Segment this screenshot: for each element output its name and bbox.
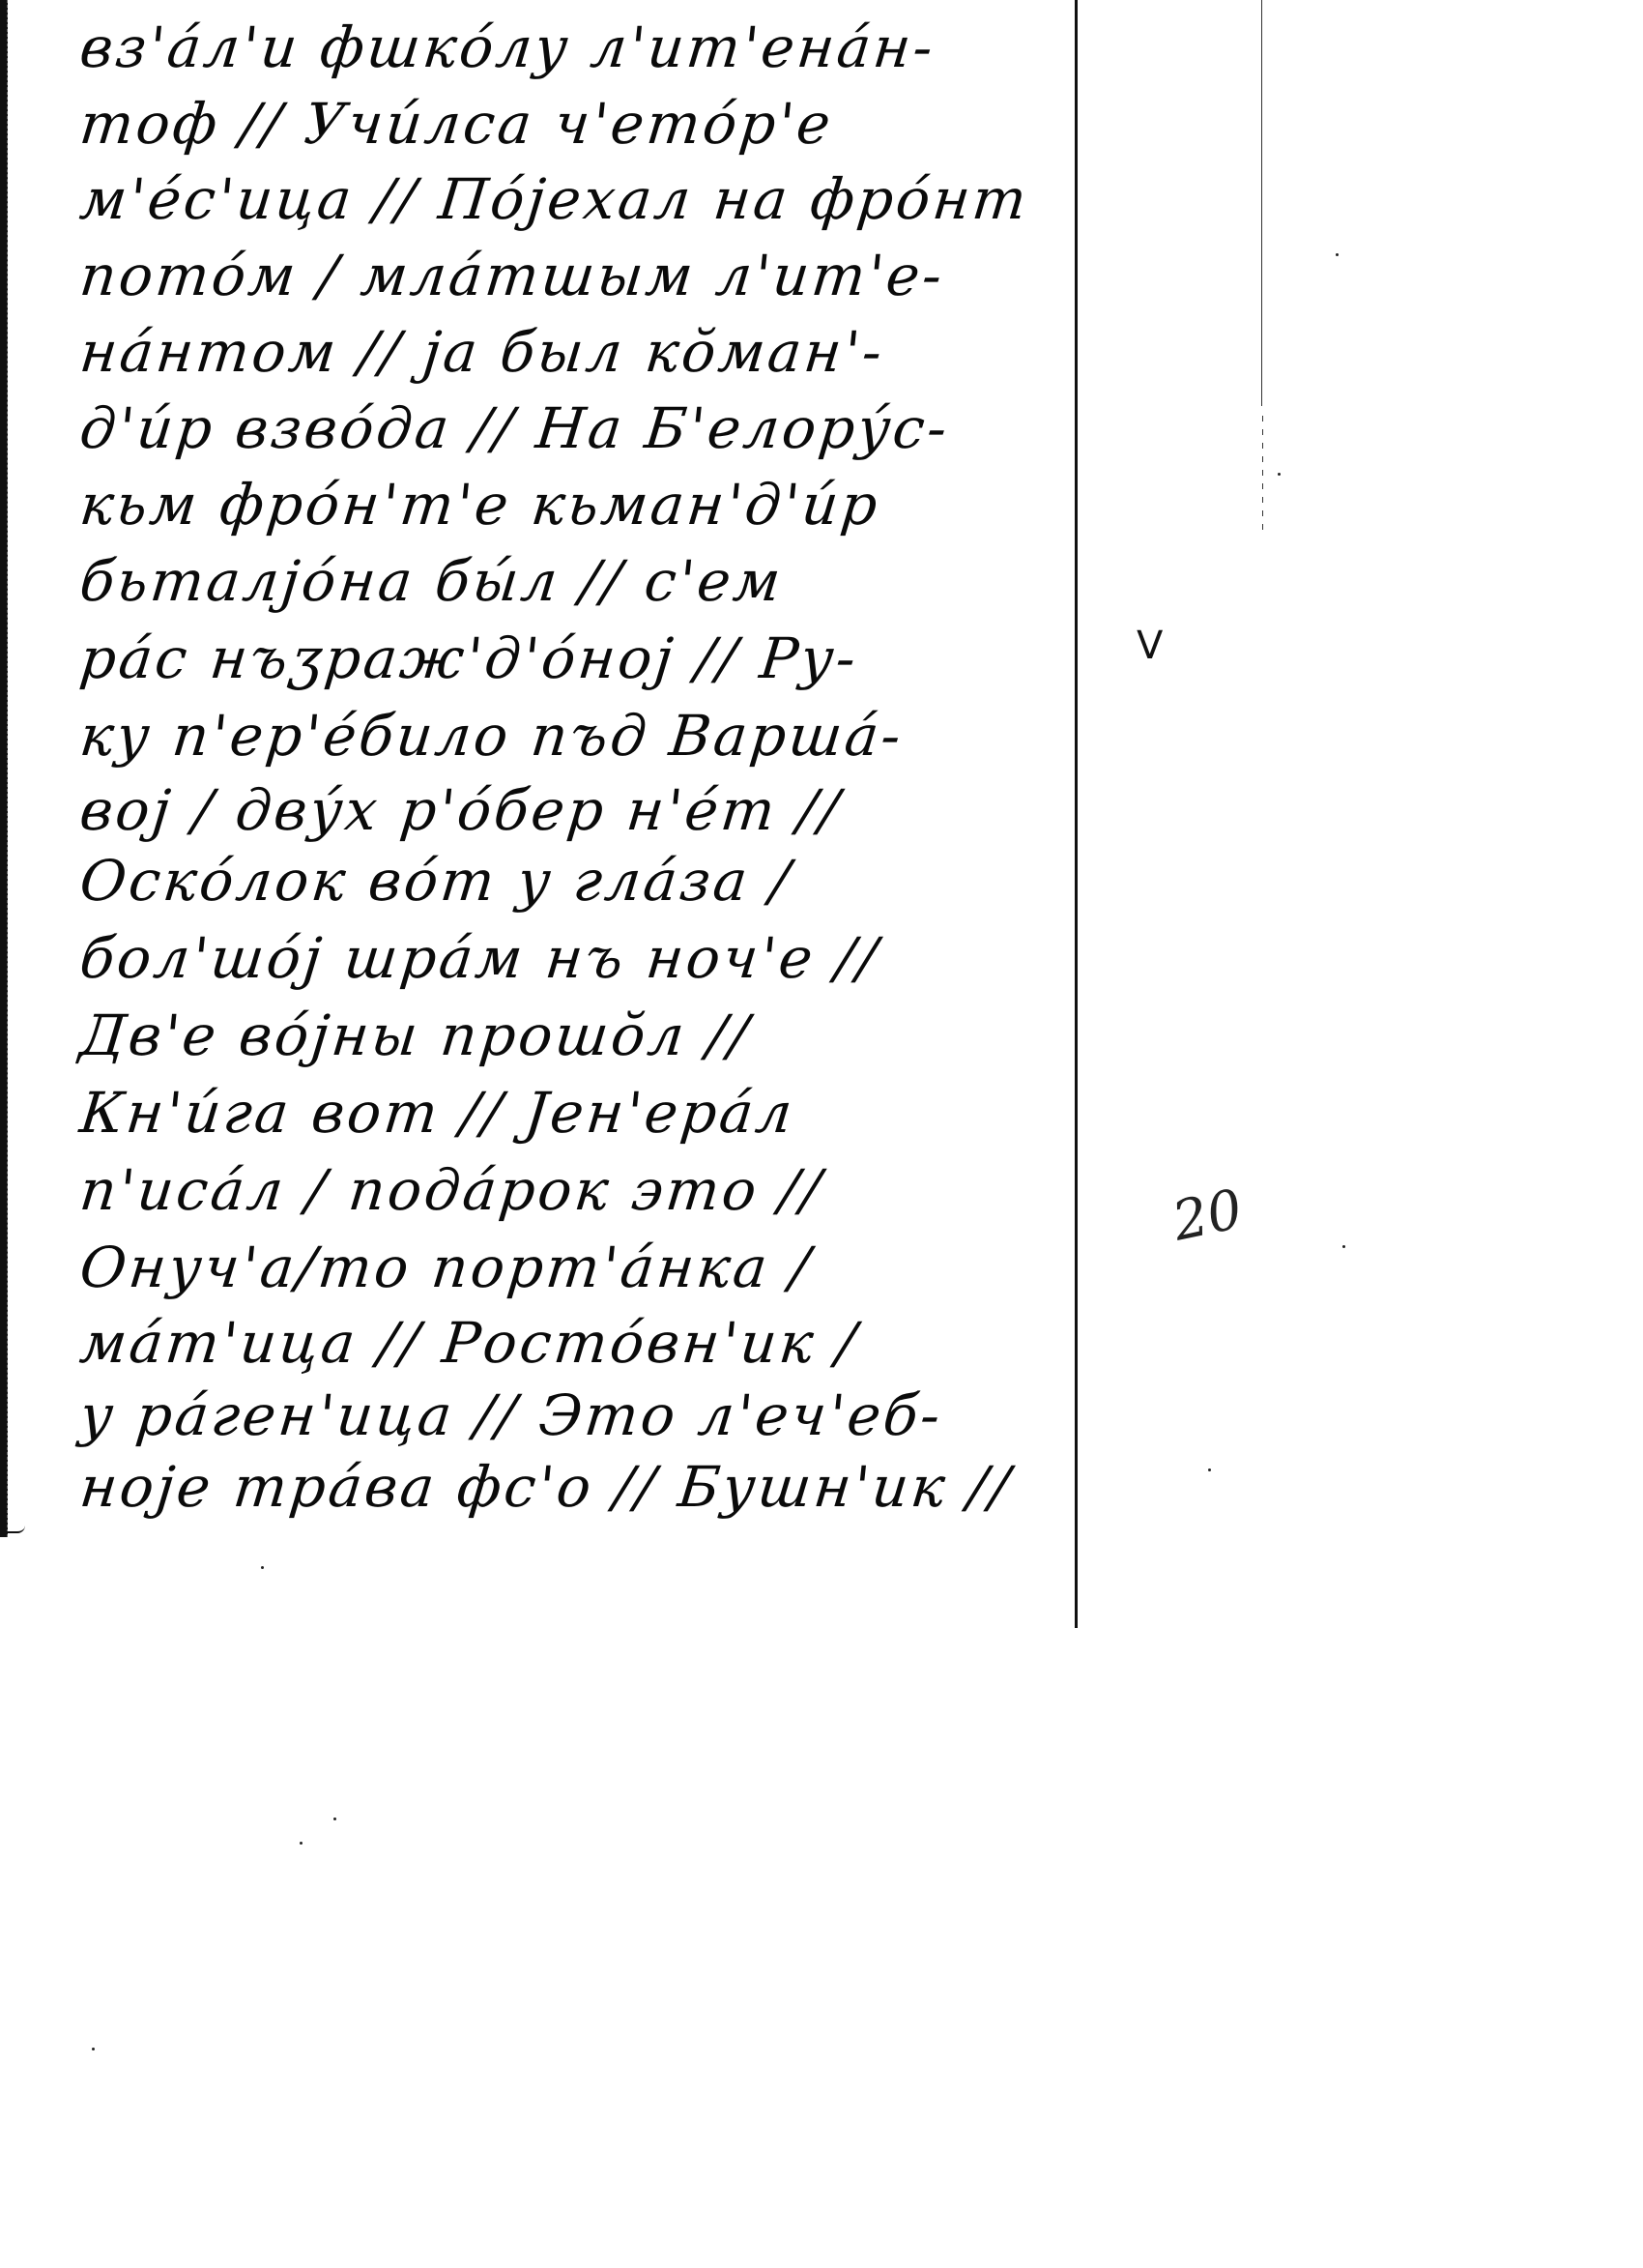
margin-check-mark: V [1137,626,1163,665]
text-line-6: д'и́р взво́да // На Б'елору́с- [77,400,952,456]
scan-speck [92,2048,95,2050]
text-line-7: кьм фро́н'т'е кьман'д'и́р [77,477,882,533]
page-number: 20 [1168,1180,1248,1252]
scan-speck [1342,1245,1345,1248]
text-line-8: бьталјо́на бы́л // с'ем [77,553,786,609]
scan-speck [1278,473,1281,476]
scan-speck [261,1566,264,1569]
faint-rule-line [1261,0,1262,406]
text-line-18: ма́т'ица // Росто́вн'ик / [77,1315,861,1371]
text-line-9: ра́с нъʒраж'д'о́ноj // Ру- [77,630,861,686]
text-line-5: на́нтом // ја был ко̆ман'- [77,324,887,380]
text-line-2: тоф // Учи́лса ч'ето́р'е [77,96,836,152]
text-line-20: ноjе тра́ва фс'о // Бушн'ик // [77,1459,1015,1515]
text-line-13: бол'шо́j шра́м нъ ноч'е // [77,930,882,986]
text-line-15: Кн'и́га вот // Јен'ера́л [77,1085,797,1141]
text-line-19: у ра́ген'ица // Это л'еч'еб- [77,1387,945,1443]
text-line-3: м'е́с'ица // По́јехал на фро́нт [77,171,1032,227]
text-line-17: Онуч'а/то порт'а́нка / [77,1239,815,1295]
scan-speck [333,1817,336,1820]
text-line-14: Дв'е во́jны прошо̆л // [77,1007,754,1063]
text-line-12: Оско́лок во́т у гла́за / [77,853,795,909]
margin-rule-line [1075,0,1078,1628]
text-line-10: ку п'ер'е́било пъд Варша́- [77,708,907,764]
document-page: вз'а́л'и фшко́лу л'ит'ена́н- тоф // Учи́… [0,0,1643,2268]
scan-speck [300,1842,303,1845]
text-line-4: пото́м / мла́тшым л'ит'е- [77,247,947,304]
faint-rule-line-dashed [1262,416,1263,532]
scan-left-border [0,0,8,1537]
text-line-1: вз'а́л'и фшко́лу л'ит'ена́н- [77,19,938,75]
scan-speck [1208,1468,1211,1471]
scan-speck [1336,253,1339,256]
scan-border-flourish [4,1526,25,1533]
text-line-11: воj / дву́х р'о́бер н'е́т // [77,782,845,838]
text-line-16: п'иса́л / пода́рок это // [77,1162,826,1218]
